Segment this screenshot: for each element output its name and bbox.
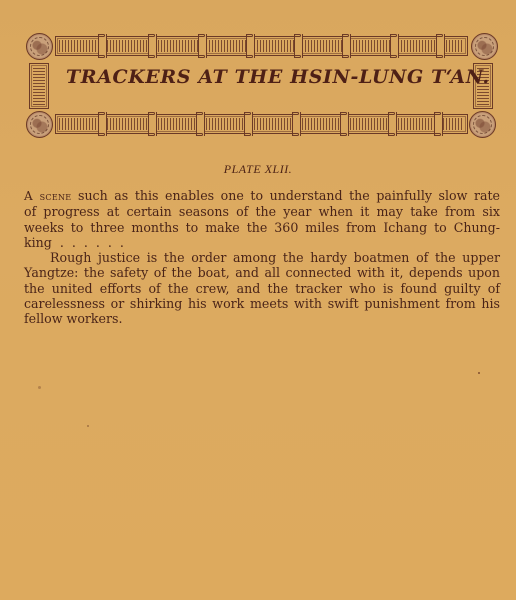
paper-speck (87, 425, 89, 427)
text-line: Rough justice is the order among the har… (24, 250, 500, 265)
rail-knot-icon (434, 112, 443, 136)
rail-knot-icon (436, 34, 445, 58)
rail-knot-icon (196, 112, 205, 136)
rail-knot-icon (292, 112, 301, 136)
rail-knot-icon (98, 112, 107, 136)
paragraph-2: Rough justice is the order among the har… (24, 250, 500, 326)
lead-smallcaps: A scene (24, 189, 71, 203)
text-line: A scene such as this enables one to unde… (24, 188, 500, 204)
rail-knot-icon (246, 34, 255, 58)
text-line: Yangtze: the safety of the boat, and all… (24, 265, 500, 280)
rail-knot-icon (390, 34, 399, 58)
rail-knot-icon (148, 34, 157, 58)
left-post-ornament (29, 63, 49, 109)
text-line: carelessness or shirking his work meets … (24, 296, 500, 311)
text-line: weeks to three months to make the 360 mi… (24, 220, 500, 235)
rail-knot-icon (388, 112, 397, 136)
text-line: the united efforts of the crew, and the … (24, 281, 500, 296)
rail-knot-icon (98, 34, 107, 58)
paper-speck (478, 372, 480, 374)
rosette-ornament-icon (471, 33, 498, 60)
text-line: of progress at certain seasons of the ye… (24, 204, 500, 219)
page-title: TRACKERS AT THE HSIN-LUNG T‘AN. (66, 66, 458, 88)
rosette-ornament-icon (26, 111, 53, 138)
text-line: fellow workers. (24, 311, 500, 326)
title-ornamental-frame: TRACKERS AT THE HSIN-LUNG T‘AN. (26, 33, 498, 139)
rail-knot-icon (340, 112, 349, 136)
top-rail-ornament (55, 36, 468, 56)
bottom-rail-ornament (55, 114, 468, 134)
caption-body: A scene such as this enables one to unde… (24, 188, 500, 327)
rosette-ornament-icon (26, 33, 53, 60)
rail-knot-icon (342, 34, 351, 58)
book-page: TRACKERS AT THE HSIN-LUNG T‘AN. PLATE XL… (0, 0, 516, 600)
rail-knot-icon (294, 34, 303, 58)
paragraph-1: A scene such as this enables one to unde… (24, 188, 500, 250)
paper-speck (38, 386, 41, 389)
rail-knot-icon (244, 112, 253, 136)
plate-label: PLATE XLII. (0, 162, 516, 177)
rosette-ornament-icon (469, 111, 496, 138)
rail-knot-icon (148, 112, 157, 136)
rail-knot-icon (198, 34, 207, 58)
text-line: king . . . . . . (24, 235, 500, 250)
